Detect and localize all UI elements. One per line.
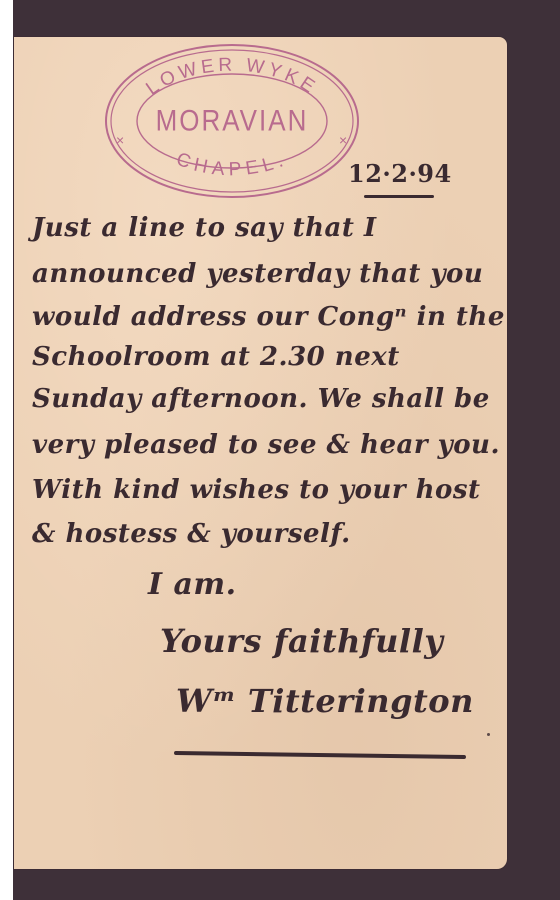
body-line-2: announced yesterday that you [32,259,483,289]
closing-yours-faithfully: Yours faithfully [160,622,443,660]
closing-i-am: I am. [148,567,237,602]
date-underline [364,195,434,198]
body-line-8: & hostess & yourself. [32,519,351,549]
signature: Wᵐ Titterington [176,682,474,720]
stamp-bottom-text: CHAPEL. [173,149,290,181]
stamp-center-text: MORAVIAN [156,104,309,137]
postcard: LOWER WYKE CHAPEL. MORAVIAN × × 12·2·94 … [14,37,507,869]
body-line-1: Just a line to say that I [32,213,377,243]
svg-text:LOWER WYKE: LOWER WYKE [142,55,321,100]
body-line-7: With kind wishes to your host [32,475,481,505]
signature-underline [174,751,466,759]
body-line-4: Schoolroom at 2.30 next [32,342,400,372]
letter-date: 12·2·94 [348,159,452,188]
body-line-3: would address our Congⁿ in the [32,302,505,332]
ink-speck [487,733,490,736]
stamp-separator-right: × [339,132,347,148]
body-line-5: Sunday afternoon. We shall be [32,384,490,414]
svg-text:CHAPEL.: CHAPEL. [173,149,290,181]
stamp-separator-left: × [116,132,124,148]
body-line-6: very pleased to see & hear you. [32,430,500,460]
stamp-top-text: LOWER WYKE [142,55,321,100]
chapel-stamp: LOWER WYKE CHAPEL. MORAVIAN × × [103,42,361,200]
